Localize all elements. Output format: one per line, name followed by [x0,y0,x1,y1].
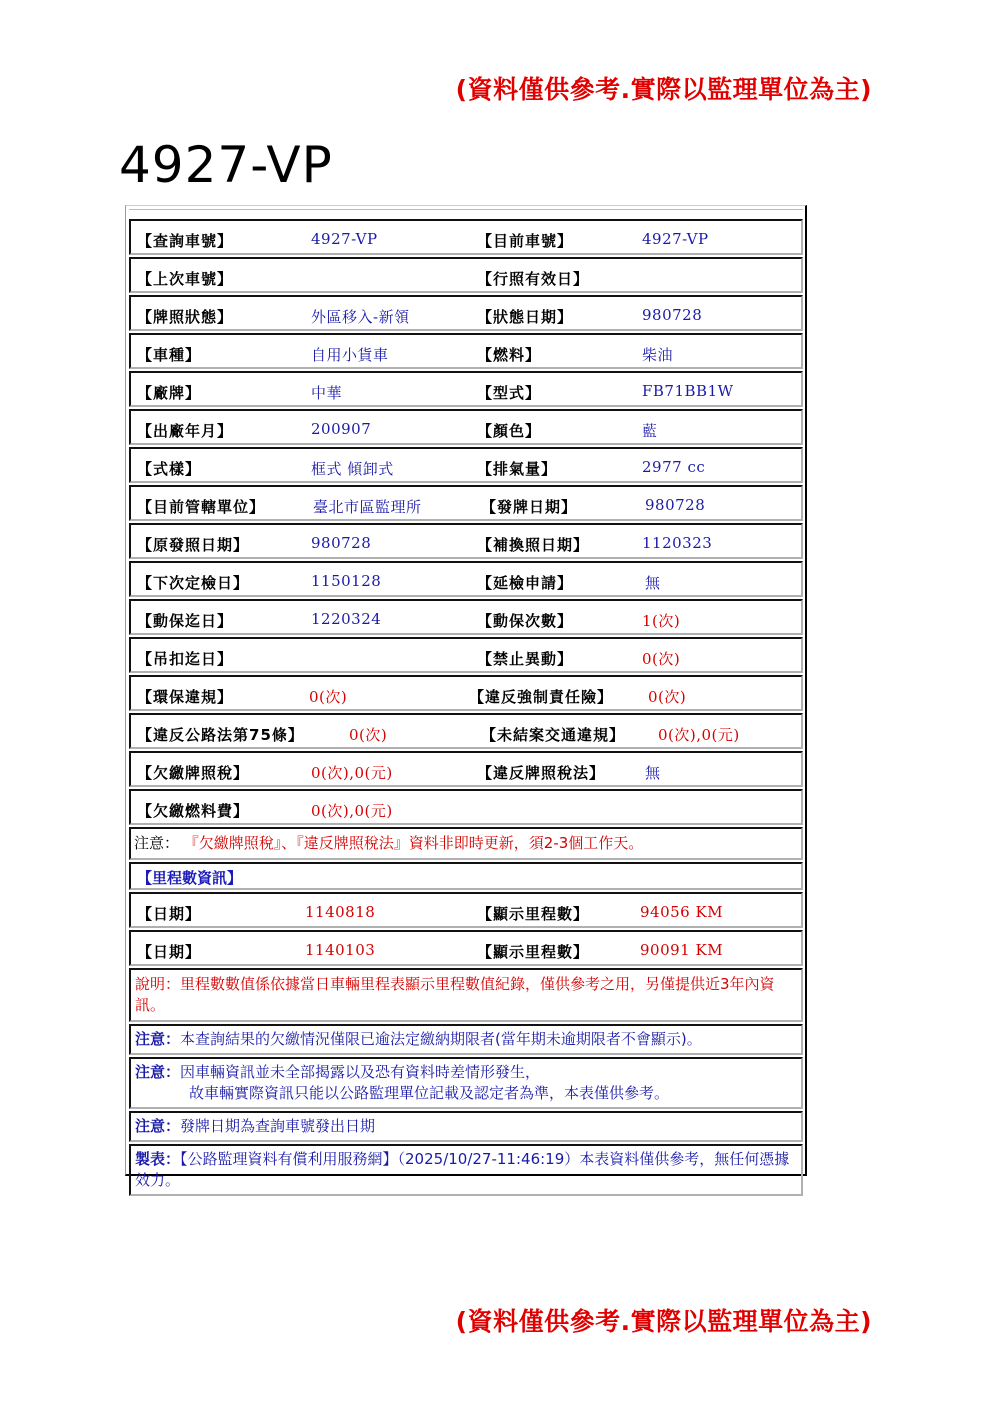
field-value: 0(次),0(元) [311,800,393,821]
field-value: 框式 傾卸式 [311,458,394,479]
mileage-label: 【顯示里程數】 [477,903,589,924]
field-value: 1220324 [311,610,381,628]
note-tag: 注意： [135,1030,180,1048]
plate-title: 4927-VP [119,136,333,194]
field-label: 【原發照日期】 [137,534,249,555]
mileage-row: 【日期】1140818【顯示里程數】94056 KM [129,892,803,928]
table-row: 【牌照狀態】外區移入-新領【狀態日期】980728 [129,295,803,331]
field-label: 【狀態日期】 [477,306,573,327]
field-value: 0(次),0(元) [658,724,740,745]
field-value: 0(次) [642,648,680,669]
field-value: 0(次) [309,686,347,707]
table-row: 【目前管轄單位】臺北市區監理所【發牌日期】980728 [129,485,803,521]
field-label: 【目前車號】 [477,230,573,251]
note-tag: 注意： [135,1063,180,1081]
vehicle-info-table: 【查詢車號】4927-VP【目前車號】4927-VP【上次車號】【行照有效日】【… [125,205,807,1176]
field-value: 1150128 [311,572,381,590]
field-label: 【禁止異動】 [477,648,573,669]
note-tag: 注意： [135,1117,180,1135]
note-arrears: 注意：本查詢結果的欠繳情況僅限已逾法定繳納期限者(當年期未逾期限者不會顯示)。 [129,1024,803,1055]
disclaimer-bottom: (資料僅供參考.實際以監理單位為主) [456,1302,872,1338]
date-label: 【日期】 [137,941,201,962]
field-label: 【目前管轄單位】 [137,496,265,517]
field-label: 【牌照狀態】 [137,306,233,327]
field-value: 2977 cc [642,458,705,476]
field-label: 【燃料】 [477,344,541,365]
field-value: 1(次) [642,610,680,631]
note-issue-date: 注意：發牌日期為查詢車號發出日期 [129,1111,803,1142]
field-label: 【顏色】 [477,420,541,441]
date-value: 1140103 [305,941,375,959]
field-value: 200907 [311,420,371,438]
field-value: 臺北市區監理所 [313,496,422,517]
field-label: 【延檢申請】 [477,572,573,593]
field-label: 【動保迄日】 [137,610,233,631]
mileage-label: 【顯示里程數】 [477,941,589,962]
field-label: 【補換照日期】 [477,534,589,555]
date-label: 【日期】 [137,903,201,924]
field-label: 【廠牌】 [137,382,201,403]
mileage-value: 90091 KM [640,941,723,959]
table-row: 【下次定檢日】1150128【延檢申請】無 [129,561,803,597]
field-label: 【未結案交通違規】 [481,724,625,745]
field-label: 【動保次數】 [477,610,573,631]
note-text: 【公路監理資料有償利用服務網】（2025/10/27-11:46:19）本表資料… [135,1150,789,1189]
field-value: 0(次) [349,724,387,745]
field-label: 【違反強制責任險】 [469,686,613,707]
field-value: 980728 [311,534,371,552]
field-value: 1120323 [642,534,712,552]
field-label: 【行照有效日】 [477,268,589,289]
field-value: 980728 [645,496,705,514]
mileage-row: 【日期】1140103【顯示里程數】90091 KM [129,930,803,966]
field-label: 【排氣量】 [477,458,557,479]
table-row: 【欠繳牌照稅】0(次),0(元)【違反牌照稅法】無 [129,751,803,787]
table-row: 【查詢車號】4927-VP【目前車號】4927-VP [129,219,803,255]
field-label: 【吊扣迄日】 [137,648,233,669]
note-text: 本查詢結果的欠繳情況僅限已逾法定繳納期限者(當年期未逾期限者不會顯示)。 [180,1030,702,1048]
disclaimer-top: (資料僅供參考.實際以監理單位為主) [456,70,872,106]
table-row: 【上次車號】【行照有效日】 [129,257,803,293]
field-value: 自用小貨車 [311,344,389,365]
field-value: 外區移入-新領 [311,306,410,327]
field-value: 0(次),0(元) [311,762,393,783]
table-row: 【原發照日期】980728【補換照日期】1120323 [129,523,803,559]
field-label: 【車種】 [137,344,201,365]
field-label: 【欠繳燃料費】 [137,800,249,821]
field-label: 【環保違規】 [137,686,233,707]
field-value: 中華 [311,382,342,403]
table-row: 【車種】自用小貨車【燃料】柴油 [129,333,803,369]
field-label: 【違反牌照稅法】 [477,762,605,783]
field-value: 4927-VP [311,230,378,248]
table-row: 【出廠年月】200907【顏色】藍 [129,409,803,445]
tax-note-tag: 注意： [134,834,179,852]
field-label: 【式樣】 [137,458,201,479]
note-text-line2: 故車輛實際資訊只能以公路監理單位記載及認定者為準，本表僅供參考。 [135,1083,797,1104]
table-top-strip [129,209,803,217]
field-value: 無 [645,572,661,593]
field-label: 【發牌日期】 [481,496,577,517]
note-disclosure: 注意：因車輛資訊並未全部揭露以及恐有資料時差情形發生， 故車輛實際資訊只能以公路… [129,1057,803,1109]
note-tag: 製表： [135,1150,180,1168]
field-label: 【欠繳牌照稅】 [137,762,249,783]
table-row: 【欠繳燃料費】0(次),0(元) [129,789,803,825]
table-row: 【違反公路法第75條】0(次)【未結案交通違規】0(次),0(元) [129,713,803,749]
mileage-section-header: 【里程數資訊】 [129,862,803,890]
tax-note: 注意： 『欠繳牌照稅』、『違反牌照稅法』資料非即時更新，須2-3個工作天。 [129,827,803,860]
table-row: 【廠牌】中華【型式】FB71BB1W [129,371,803,407]
mileage-section-title: 【里程數資訊】 [137,867,242,888]
mileage-explanation: 說明：里程數數值係依據當日車輛里程表顯示里程數值紀錄，僅供參考之用，另僅提供近3… [129,968,803,1022]
field-value: 0(次) [648,686,686,707]
field-label: 【出廠年月】 [137,420,233,441]
field-value: 柴油 [642,344,673,365]
note-text-line1: 因車輛資訊並未全部揭露以及恐有資料時差情形發生， [180,1063,540,1081]
field-label: 【上次車號】 [137,268,233,289]
tax-note-text: 『欠繳牌照稅』、『違反牌照稅法』資料非即時更新，須2-3個工作天。 [184,834,644,852]
note-generated-by: 製表：【公路監理資料有償利用服務網】（2025/10/27-11:46:19）本… [129,1144,803,1196]
field-label: 【違反公路法第75條】 [137,724,304,745]
table-row: 【環保違規】0(次)【違反強制責任險】0(次) [129,675,803,711]
table-row: 【式樣】框式 傾卸式【排氣量】2977 cc [129,447,803,483]
field-value: 無 [645,762,661,783]
field-value: 980728 [642,306,702,324]
table-row: 【動保迄日】1220324【動保次數】1(次) [129,599,803,635]
field-label: 【型式】 [477,382,541,403]
mileage-value: 94056 KM [640,903,723,921]
table-row: 【吊扣迄日】【禁止異動】0(次) [129,637,803,673]
date-value: 1140818 [305,903,375,921]
field-label: 【下次定檢日】 [137,572,249,593]
field-value: 藍 [642,420,658,441]
note-text: 發牌日期為查詢車號發出日期 [180,1117,375,1135]
field-value: FB71BB1W [642,382,734,400]
field-value: 4927-VP [642,230,709,248]
field-label: 【查詢車號】 [137,230,233,251]
